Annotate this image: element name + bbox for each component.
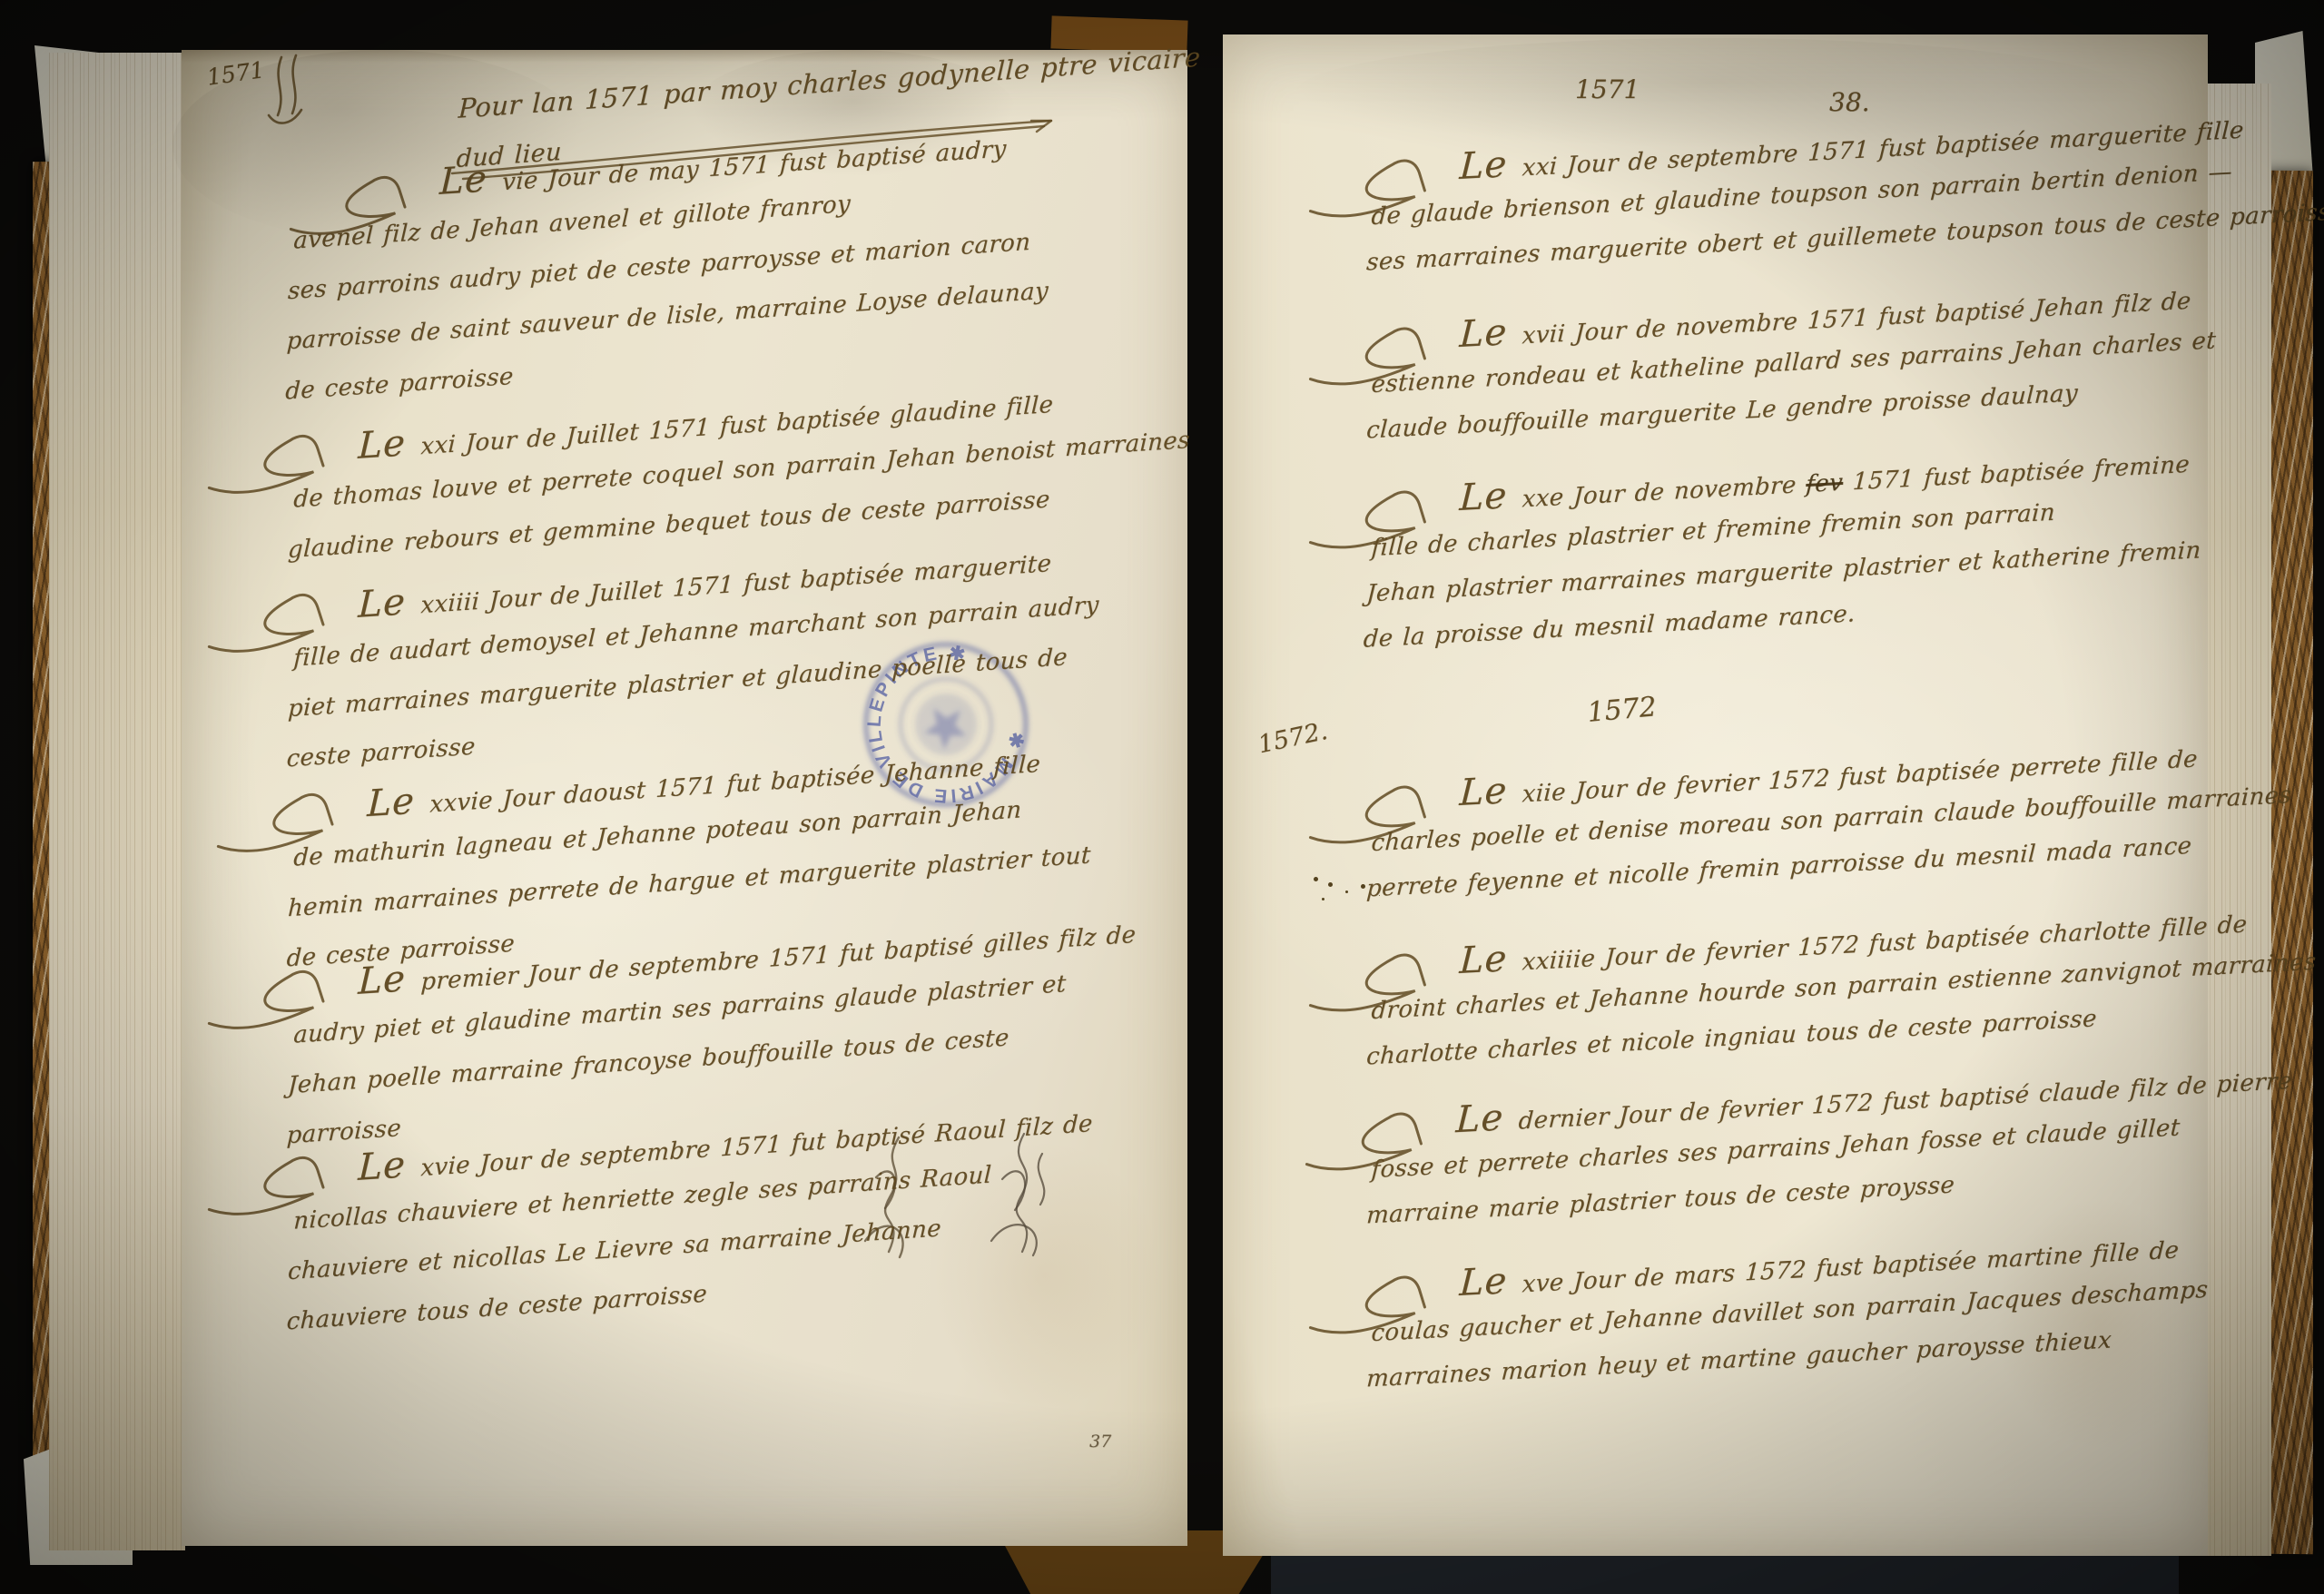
baptism-entry-right-5: Le xxiiiie Jour de fevrier 1572 fust bap… bbox=[1354, 894, 2318, 1080]
page-number: 38. bbox=[1829, 87, 1870, 117]
right-page: 1571 38. 1572. 1572 Le xxi Jour de septe… bbox=[1223, 34, 2208, 1556]
baptism-entry-right-2: Le xvii Jour de novembre 1571 fust bapti… bbox=[1354, 273, 2217, 454]
swash-initial: Le bbox=[1459, 310, 1509, 356]
baptism-entry-right-6: Le dernier Jour de fevrier 1572 fust bap… bbox=[1354, 1054, 2296, 1239]
left-page: 1571 Pour lan 1571 par moy charles godyn… bbox=[182, 50, 1187, 1546]
swash-initial: Le bbox=[1459, 769, 1509, 814]
photograph-of-open-register: 1571 Pour lan 1571 par moy charles godyn… bbox=[0, 0, 2324, 1594]
margin-flourish-icon bbox=[261, 52, 316, 133]
left-page-edges bbox=[49, 53, 185, 1550]
swash-initial: Le bbox=[358, 580, 407, 626]
swash-initial: Le bbox=[1455, 1096, 1505, 1141]
swash-initial: Le bbox=[1459, 937, 1509, 982]
baptism-entry-right-4: Le xiie Jour de fevrier 1572 fust baptis… bbox=[1354, 727, 2292, 912]
left-margin-year: 1571 bbox=[205, 56, 266, 91]
swash-initial: Le bbox=[358, 957, 407, 1003]
baptism-entry-left-1: Le vie Jour de may 1571 fust baptisé aud… bbox=[272, 117, 1051, 417]
swash-initial: Le bbox=[358, 421, 407, 467]
baptism-entry-right-7: Le xve Jour de mars 1572 fust baptisée m… bbox=[1354, 1222, 2210, 1402]
swash-initial: Le bbox=[367, 780, 416, 826]
section-year-1572: 1572 bbox=[1586, 691, 1658, 729]
baptism-entry-right-1: Le xxi Jour de septembre 1571 fust bapti… bbox=[1354, 98, 2324, 285]
right-header-year: 1571 bbox=[1575, 74, 1640, 104]
swash-initial: Le bbox=[1459, 474, 1509, 519]
swash-initial: Le bbox=[438, 157, 487, 203]
ink-dots bbox=[1314, 877, 1318, 881]
baptism-entry-right-3: Le xxe Jour de novembre fev 1571 fust ba… bbox=[1354, 438, 2202, 663]
old-folio-number: 37 bbox=[1089, 1432, 1111, 1451]
swash-initial: Le bbox=[1459, 1259, 1509, 1304]
swash-initial: Le bbox=[1459, 143, 1509, 188]
margin-year-1572: 1572. bbox=[1256, 717, 1330, 759]
swash-initial: Le bbox=[358, 1143, 407, 1189]
